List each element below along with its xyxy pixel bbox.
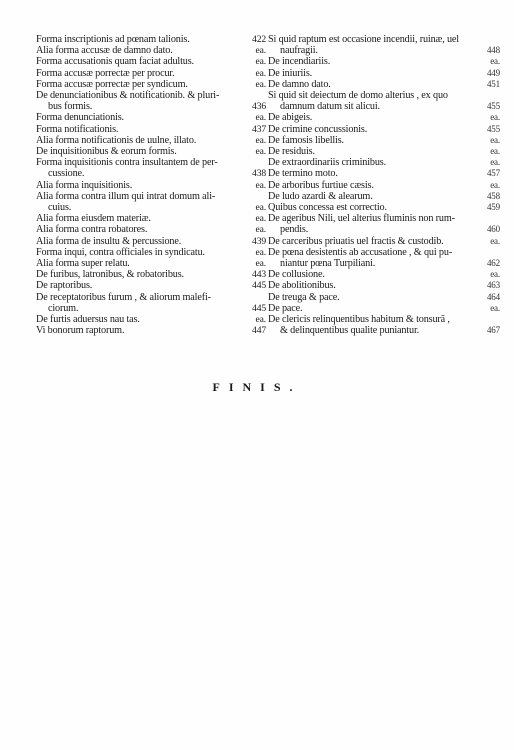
index-entry: De arboribus furtiue cæsis.ea.	[268, 180, 500, 191]
index-entry-title: De abigeis.	[268, 112, 476, 123]
index-entry-page: ea.	[242, 224, 266, 235]
index-entry-line: naufragii.448	[268, 45, 500, 56]
index-entry-line: De iniuriis.449	[268, 68, 500, 79]
index-entry-line: Forma inquisitionis contra insultantem d…	[36, 157, 266, 168]
index-entry-line: cuius.ea.	[36, 202, 266, 213]
index-entry-page: ea.	[242, 79, 266, 90]
index-entry-title: Quibus concessa est correctio.	[268, 202, 476, 213]
index-entry-line: Alia forma contra robatores.ea.	[36, 224, 266, 235]
index-entry-title: & delinquentibus qualite puniantur.	[268, 325, 476, 336]
index-entry-line: Forma inqui, contra officiales in syndic…	[36, 247, 266, 258]
index-entry-page: 462	[476, 258, 500, 269]
index-entry-title: cussione.	[36, 168, 242, 179]
index-entry-line: Si quid raptum est occasione incendii, r…	[268, 34, 500, 45]
index-entry: De abolitionibus.463	[268, 280, 500, 291]
index-entry: De iniuriis.449	[268, 68, 500, 79]
index-entry: De damno dato.451	[268, 79, 500, 90]
index-entry-page: ea.	[242, 314, 266, 325]
index-entry: De famosis libellis.ea.	[268, 135, 500, 146]
index-entry-title: De furtis aduersus nau tas.	[36, 314, 242, 325]
index-entry-page: 443	[242, 269, 266, 280]
index-entry-title: pendis.	[268, 224, 476, 235]
index-entry-line: De carceribus priuatis uel fractis & cus…	[268, 236, 500, 247]
index-entry-title: Alia forma accusæ de damno dato.	[36, 45, 242, 56]
index-entry-title: De termino moto.	[268, 168, 476, 179]
index-entry: De denunciationibus & notificationib. & …	[36, 90, 266, 112]
index-entry-title: De raptoribus.	[36, 280, 242, 291]
index-entry-line: Forma accusæ porrectæ per syndicum.ea.	[36, 79, 266, 90]
index-entry: Alia forma eiusdem materiæ.ea.	[36, 213, 266, 224]
index-entry-page: 449	[476, 68, 500, 79]
index-entry: Forma inquisitionis contra insultantem d…	[36, 157, 266, 179]
index-entry-line: De termino moto.457	[268, 168, 500, 179]
index-entry-page: 459	[476, 202, 500, 213]
index-entry-line: De famosis libellis.ea.	[268, 135, 500, 146]
index-entry-line: Forma inscriptionis ad pœnam talionis.42…	[36, 34, 266, 45]
finis-label: FINIS.	[0, 380, 514, 395]
index-entry-title: Forma inquisitionis contra insultantem d…	[36, 157, 266, 168]
index-entry-page: ea.	[476, 56, 500, 67]
index-entry: De pace.ea.	[268, 303, 500, 314]
index-entry: Forma inqui, contra officiales in syndic…	[36, 247, 266, 258]
index-entry-title: De pœna desistentis ab accusatione , & q…	[268, 247, 500, 258]
index-entry-line: Si quid sit deiectum de domo alterius , …	[268, 90, 500, 101]
index-entry-page: ea.	[476, 303, 500, 314]
index-entry-title: Forma inqui, contra officiales in syndic…	[36, 247, 242, 258]
index-entry-title: De iniuriis.	[268, 68, 476, 79]
index-entry-line: De ageribus Nili, uel alterius fluminis …	[268, 213, 500, 224]
index-entry: Quibus concessa est correctio.459	[268, 202, 500, 213]
index-entry-page: 438	[242, 168, 266, 179]
index-entry: De furibus, latronibus, & robatoribus.44…	[36, 269, 266, 280]
index-entry-line: De furtis aduersus nau tas.ea.	[36, 314, 266, 325]
index-entry-line: De inquisitionibus & eorum formis.ea.	[36, 146, 266, 157]
index-entry-line: Forma notificationis.437	[36, 124, 266, 135]
index-entry-page: 467	[476, 325, 500, 336]
index-entry: Vi bonorum raptorum.447	[36, 325, 266, 336]
index-entry-line: Alia forma super relatu.ea.	[36, 258, 266, 269]
index-entry-title: De incendiariis.	[268, 56, 476, 67]
index-entry-title: Alia forma de insultu & percussione.	[36, 236, 242, 247]
index-entry: Forma accusæ porrectæ per procur.ea.	[36, 68, 266, 79]
index-entry-title: De ageribus Nili, uel alterius fluminis …	[268, 213, 500, 224]
index-entry-line: De extraordinariis criminibus.ea.	[268, 157, 500, 168]
index-entry-title: damnum datum sit alicui.	[268, 101, 476, 112]
index-entry-title: Forma accusæ porrectæ per syndicum.	[36, 79, 242, 90]
index-entry-page: ea.	[476, 180, 500, 191]
index-entry-line: De denunciationibus & notificationib. & …	[36, 90, 266, 101]
index-entry-line: Forma accusationis quam faciat adultus.e…	[36, 56, 266, 67]
index-entry-line: De abigeis.ea.	[268, 112, 500, 123]
index-entry-title: De carceribus priuatis uel fractis & cus…	[268, 236, 476, 247]
index-entry-line: De arboribus furtiue cæsis.ea.	[268, 180, 500, 191]
index-entry: De ludo azardi & alearum.458	[268, 191, 500, 202]
index-entry-page: 445	[242, 280, 266, 291]
index-entry-title: De pace.	[268, 303, 476, 314]
index-entry-title: De receptatoribus furum , & aliorum male…	[36, 292, 266, 303]
index-entry-page: ea.	[242, 202, 266, 213]
index-entry: Alia forma accusæ de damno dato.ea.	[36, 45, 266, 56]
index-entry-line: De raptoribus.445	[36, 280, 266, 291]
index-entry: De treuga & pace.464	[268, 292, 500, 303]
index-entry-line: De pace.ea.	[268, 303, 500, 314]
index-entry-title: De famosis libellis.	[268, 135, 476, 146]
index-entry-title: De residuis.	[268, 146, 476, 157]
index-entry-title: bus formis.	[36, 101, 242, 112]
index-entry-line: Alia forma eiusdem materiæ.ea.	[36, 213, 266, 224]
index-entry: Alia forma de insultu & percussione.439	[36, 236, 266, 247]
index-entry-page: ea.	[476, 112, 500, 123]
index-entry-line: De ludo azardi & alearum.458	[268, 191, 500, 202]
index-entry-page: ea.	[242, 56, 266, 67]
index-entry: De crimine concussionis.455	[268, 124, 500, 135]
index-right-column: Si quid raptum est occasione incendii, r…	[268, 34, 500, 336]
index-entry: Alia forma notificationis de uulne, illa…	[36, 135, 266, 146]
index-entry: De termino moto.457	[268, 168, 500, 179]
index-entry-title: De furibus, latronibus, & robatoribus.	[36, 269, 242, 280]
index-entry-page: ea.	[476, 157, 500, 168]
index-entry-line: niantur pœna Turpiliani.462	[268, 258, 500, 269]
index-entry-line: Alia forma de insultu & percussione.439	[36, 236, 266, 247]
table-of-contents: Forma inscriptionis ad pœnam talionis.42…	[36, 34, 500, 336]
index-entry-page: ea.	[476, 146, 500, 157]
index-entry-page: 455	[476, 124, 500, 135]
index-entry: De incendiariis.ea.	[268, 56, 500, 67]
index-entry: De collusione.ea.	[268, 269, 500, 280]
index-entry-line: De furibus, latronibus, & robatoribus.44…	[36, 269, 266, 280]
index-entry-page: 437	[242, 124, 266, 135]
index-entry-title: niantur pœna Turpiliani.	[268, 258, 476, 269]
index-entry-page: 458	[476, 191, 500, 202]
index-entry-page: ea.	[242, 68, 266, 79]
index-entry: Alia forma contra illum qui intrat domum…	[36, 191, 266, 213]
index-entry-line: Alia forma contra illum qui intrat domum…	[36, 191, 266, 202]
index-entry-title: De crimine concussionis.	[268, 124, 476, 135]
index-entry-line: Forma denunciationis.ea.	[36, 112, 266, 123]
index-entry-title: Vi bonorum raptorum.	[36, 325, 242, 336]
index-entry-title: Forma notificationis.	[36, 124, 242, 135]
index-entry-page: ea.	[242, 180, 266, 191]
index-entry-title: De extraordinariis criminibus.	[268, 157, 476, 168]
index-entry-page: ea.	[242, 112, 266, 123]
index-entry-page: ea.	[476, 135, 500, 146]
index-entry-page: 422	[242, 34, 266, 45]
index-entry-title: Alia forma super relatu.	[36, 258, 242, 269]
index-entry: De inquisitionibus & eorum formis.ea.	[36, 146, 266, 157]
index-entry-line: pendis.460	[268, 224, 500, 235]
index-entry: De raptoribus.445	[36, 280, 266, 291]
index-entry-page: ea.	[476, 269, 500, 280]
index-entry-line: & delinquentibus qualite puniantur.467	[268, 325, 500, 336]
index-entry-title: Alia forma eiusdem materiæ.	[36, 213, 242, 224]
index-entry: Forma inscriptionis ad pœnam talionis.42…	[36, 34, 266, 45]
index-entry-page: 439	[242, 236, 266, 247]
index-entry: Si quid raptum est occasione incendii, r…	[268, 34, 500, 56]
index-entry-line: De receptatoribus furum , & aliorum male…	[36, 292, 266, 303]
index-entry-title: ciorum.	[36, 303, 242, 314]
index-entry: De receptatoribus furum , & aliorum male…	[36, 292, 266, 314]
index-entry: De furtis aduersus nau tas.ea.	[36, 314, 266, 325]
index-entry: Si quid sit deiectum de domo alterius , …	[268, 90, 500, 112]
index-entry-title: Forma accusationis quam faciat adultus.	[36, 56, 242, 67]
index-entry-page: 460	[476, 224, 500, 235]
index-left-column: Forma inscriptionis ad pœnam talionis.42…	[36, 34, 266, 336]
index-entry-title: cuius.	[36, 202, 242, 213]
index-entry: De residuis.ea.	[268, 146, 500, 157]
index-entry-line: De abolitionibus.463	[268, 280, 500, 291]
index-entry-line: Alia forma inquisitionis.ea.	[36, 180, 266, 191]
index-entry-title: De treuga & pace.	[268, 292, 476, 303]
index-entry: De extraordinariis criminibus.ea.	[268, 157, 500, 168]
index-entry-page: ea.	[476, 236, 500, 247]
index-entry-title: De clericis relinquentibus habitum & ton…	[268, 314, 500, 325]
book-page: Forma inscriptionis ad pœnam talionis.42…	[0, 0, 514, 750]
index-entry-line: Forma accusæ porrectæ per procur.ea.	[36, 68, 266, 79]
index-entry-title: De ludo azardi & alearum.	[268, 191, 476, 202]
index-entry-page: 447	[242, 325, 266, 336]
index-entry-line: bus formis.436	[36, 101, 266, 112]
index-entry-title: Alia forma notificationis de uulne, illa…	[36, 135, 242, 146]
index-entry-line: De incendiariis.ea.	[268, 56, 500, 67]
index-entry-title: naufragii.	[268, 45, 476, 56]
index-entry-page: 445	[242, 303, 266, 314]
index-entry-title: Forma denunciationis.	[36, 112, 242, 123]
index-entry-line: De residuis.ea.	[268, 146, 500, 157]
index-entry-page: ea.	[242, 213, 266, 224]
index-entry-page: ea.	[242, 146, 266, 157]
index-entry-title: Si quid sit deiectum de domo alterius , …	[268, 90, 500, 101]
index-entry-title: Alia forma contra illum qui intrat domum…	[36, 191, 266, 202]
index-entry: Forma denunciationis.ea.	[36, 112, 266, 123]
index-entry: Alia forma super relatu.ea.	[36, 258, 266, 269]
index-entry-title: Forma inscriptionis ad pœnam talionis.	[36, 34, 242, 45]
index-entry-page: ea.	[242, 135, 266, 146]
index-entry-page: 463	[476, 280, 500, 291]
index-entry-page: 464	[476, 292, 500, 303]
index-entry-line: Alia forma notificationis de uulne, illa…	[36, 135, 266, 146]
index-entry-title: De collusione.	[268, 269, 476, 280]
index-entry-page: 451	[476, 79, 500, 90]
index-entry-line: damnum datum sit alicui.455	[268, 101, 500, 112]
index-entry-page: ea.	[242, 247, 266, 258]
index-entry: Forma notificationis.437	[36, 124, 266, 135]
index-entry-page: 436	[242, 101, 266, 112]
index-entry: De abigeis.ea.	[268, 112, 500, 123]
index-entry-page: ea.	[242, 258, 266, 269]
index-entry: Forma accusæ porrectæ per syndicum.ea.	[36, 79, 266, 90]
index-entry-line: De treuga & pace.464	[268, 292, 500, 303]
index-entry-line: De clericis relinquentibus habitum & ton…	[268, 314, 500, 325]
index-entry: De clericis relinquentibus habitum & ton…	[268, 314, 500, 336]
index-entry-title: De damno dato.	[268, 79, 476, 90]
index-entry-line: Alia forma accusæ de damno dato.ea.	[36, 45, 266, 56]
index-entry-title: Forma accusæ porrectæ per procur.	[36, 68, 242, 79]
index-entry: Alia forma contra robatores.ea.	[36, 224, 266, 235]
index-entry-page: 448	[476, 45, 500, 56]
index-entry-title: De arboribus furtiue cæsis.	[268, 180, 476, 191]
index-entry-page: 457	[476, 168, 500, 179]
index-entry-title: De denunciationibus & notificationib. & …	[36, 90, 266, 101]
index-entry: Forma accusationis quam faciat adultus.e…	[36, 56, 266, 67]
index-entry-line: Quibus concessa est correctio.459	[268, 202, 500, 213]
index-entry-page: 455	[476, 101, 500, 112]
index-entry-line: Vi bonorum raptorum.447	[36, 325, 266, 336]
index-entry-page: ea.	[242, 45, 266, 56]
index-entry-line: ciorum.445	[36, 303, 266, 314]
index-entry-title: Alia forma inquisitionis.	[36, 180, 242, 191]
index-entry-title: De inquisitionibus & eorum formis.	[36, 146, 242, 157]
index-entry: De carceribus priuatis uel fractis & cus…	[268, 236, 500, 247]
index-entry-line: De collusione.ea.	[268, 269, 500, 280]
index-entry-line: De pœna desistentis ab accusatione , & q…	[268, 247, 500, 258]
index-entry: De ageribus Nili, uel alterius fluminis …	[268, 213, 500, 235]
index-entry: De pœna desistentis ab accusatione , & q…	[268, 247, 500, 269]
index-entry-title: Si quid raptum est occasione incendii, r…	[268, 34, 500, 45]
index-entry-title: De abolitionibus.	[268, 280, 476, 291]
index-entry-line: De crimine concussionis.455	[268, 124, 500, 135]
index-entry-line: De damno dato.451	[268, 79, 500, 90]
index-entry-line: cussione.438	[36, 168, 266, 179]
index-entry: Alia forma inquisitionis.ea.	[36, 180, 266, 191]
index-entry-title: Alia forma contra robatores.	[36, 224, 242, 235]
